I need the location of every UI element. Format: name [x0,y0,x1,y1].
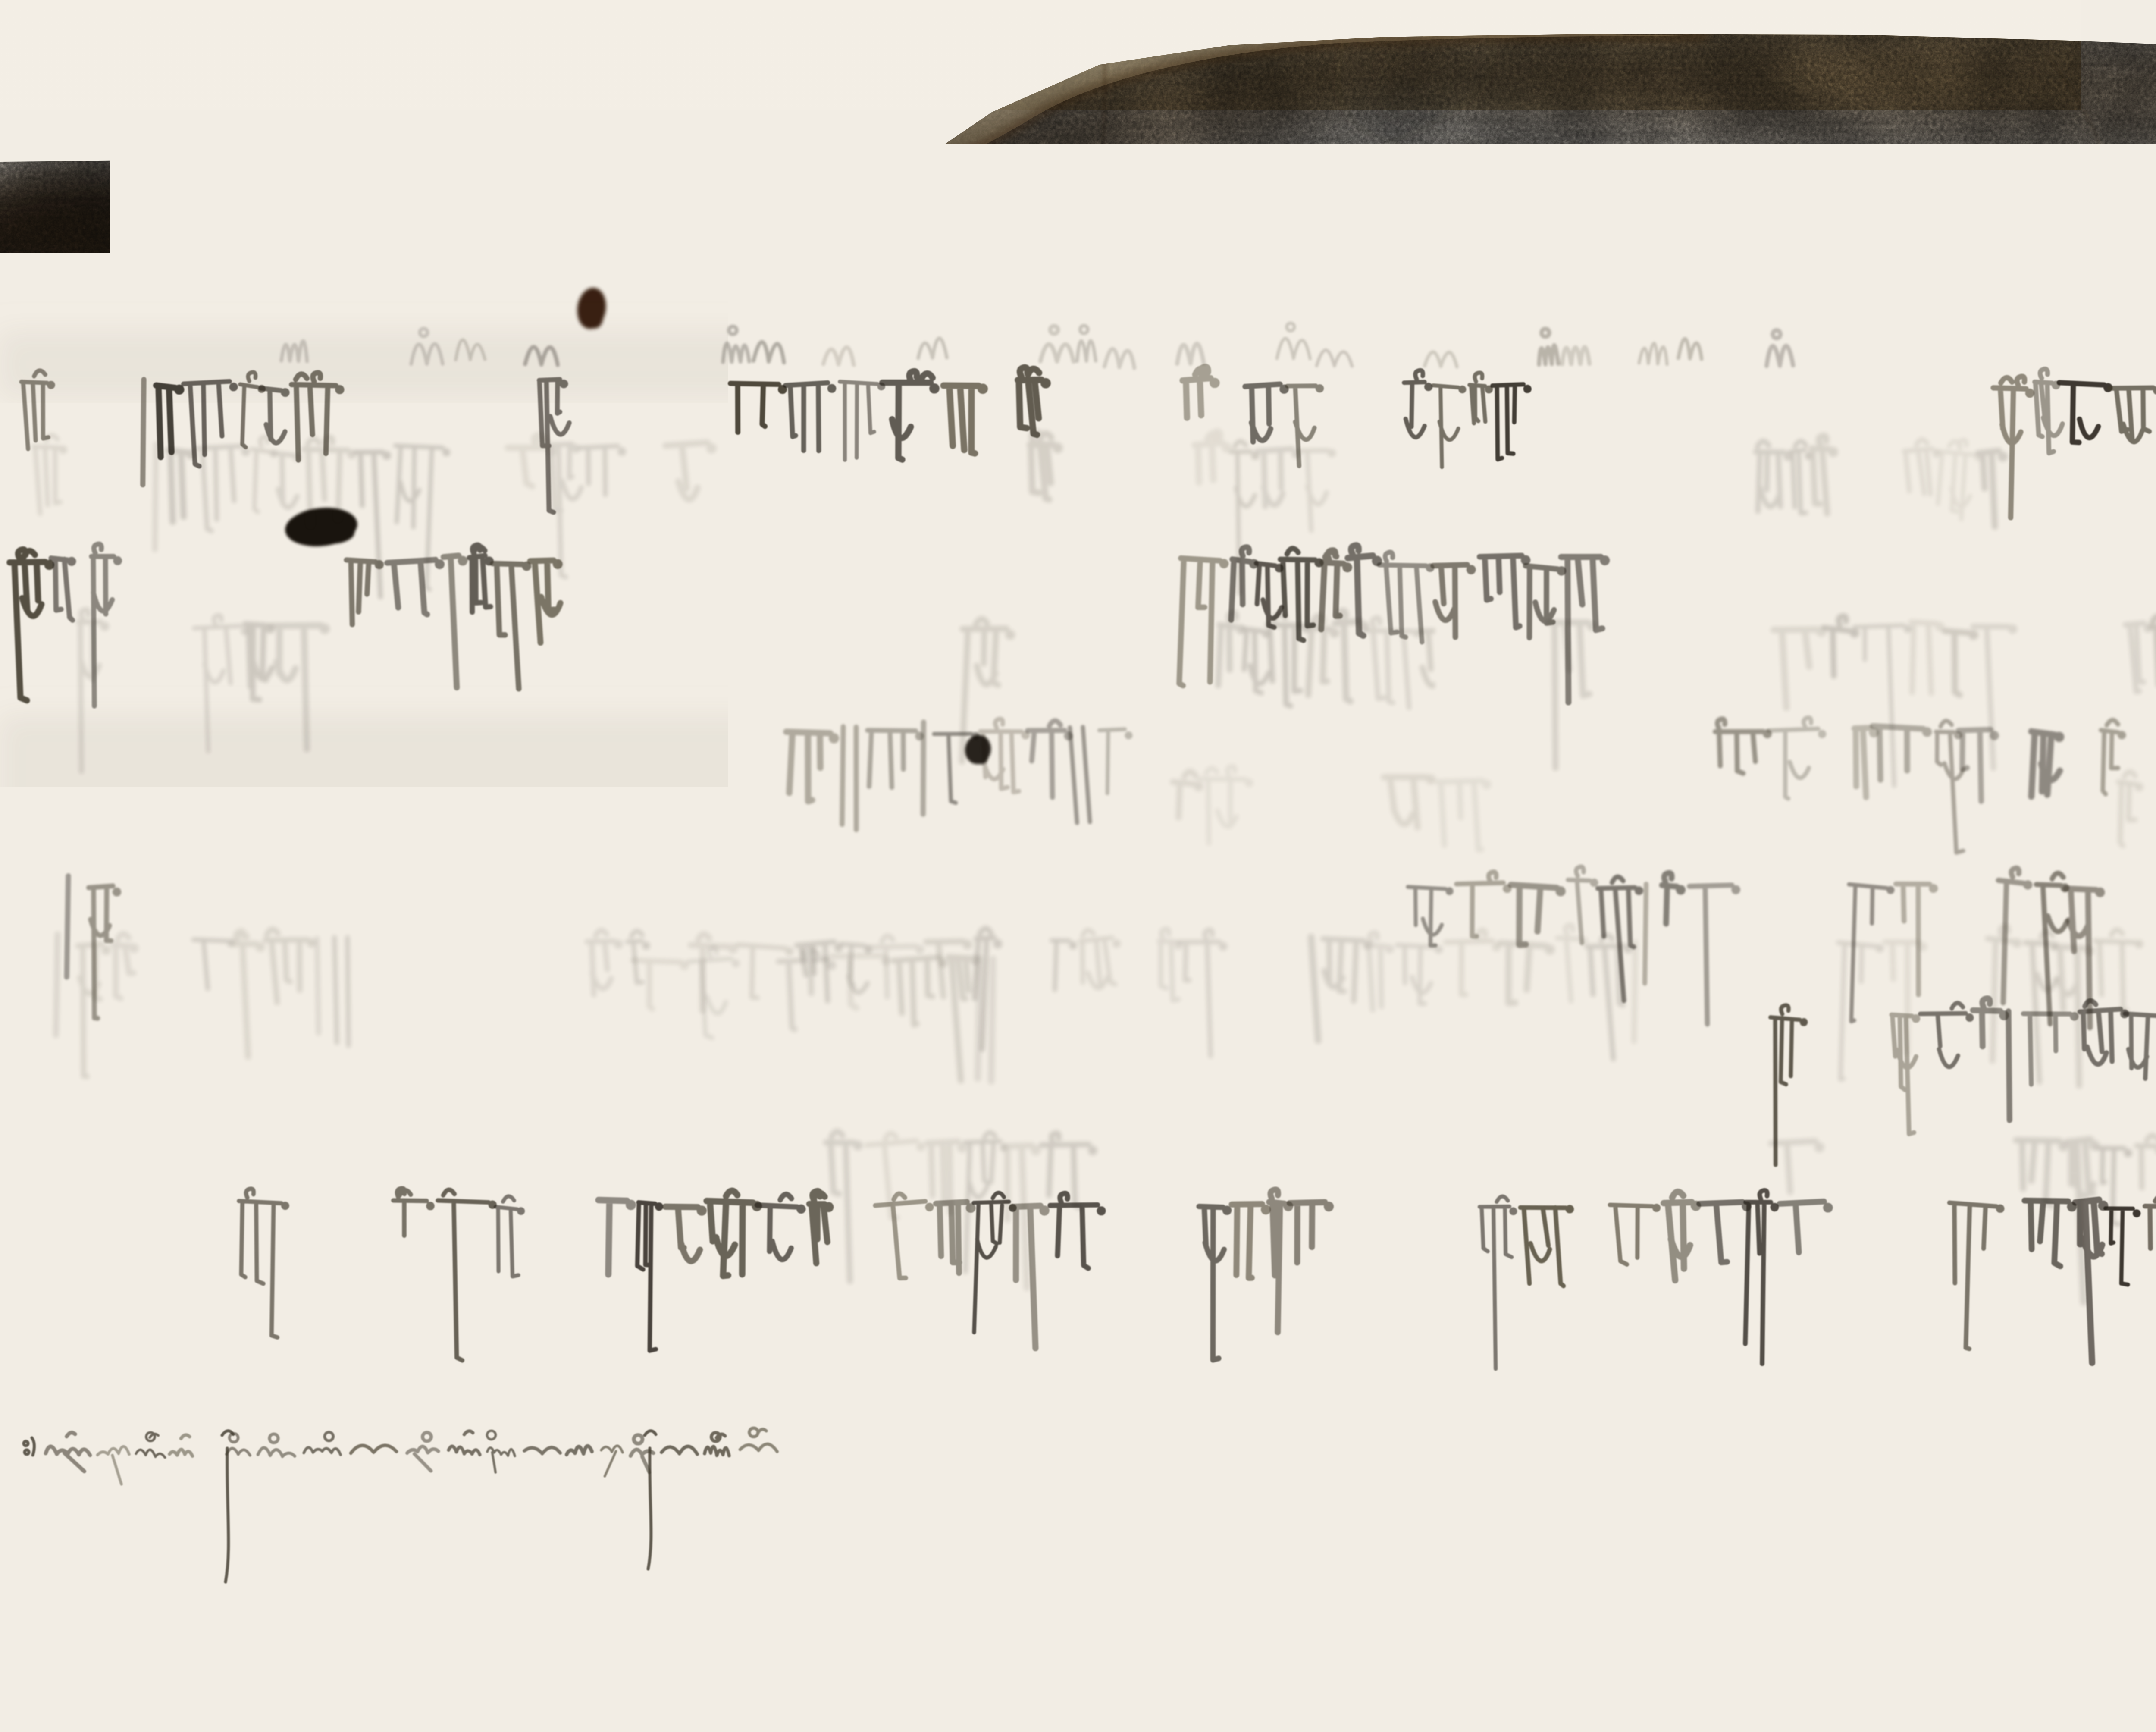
photograph-of-manuscript: Backlit photograph of an ancient Tibetan… [0,0,2156,1732]
smudge-band [0,716,2156,822]
smudge-band [0,1001,2156,1115]
manuscript-leaf [0,0,2156,1732]
smudge-band [0,1190,2156,1307]
manuscript-scene: Backlit photograph of an ancient Tibetan… [0,0,2156,1732]
smudge-band [0,371,2156,487]
ink-blot [1783,257,1809,279]
smudge-band [0,548,2156,664]
